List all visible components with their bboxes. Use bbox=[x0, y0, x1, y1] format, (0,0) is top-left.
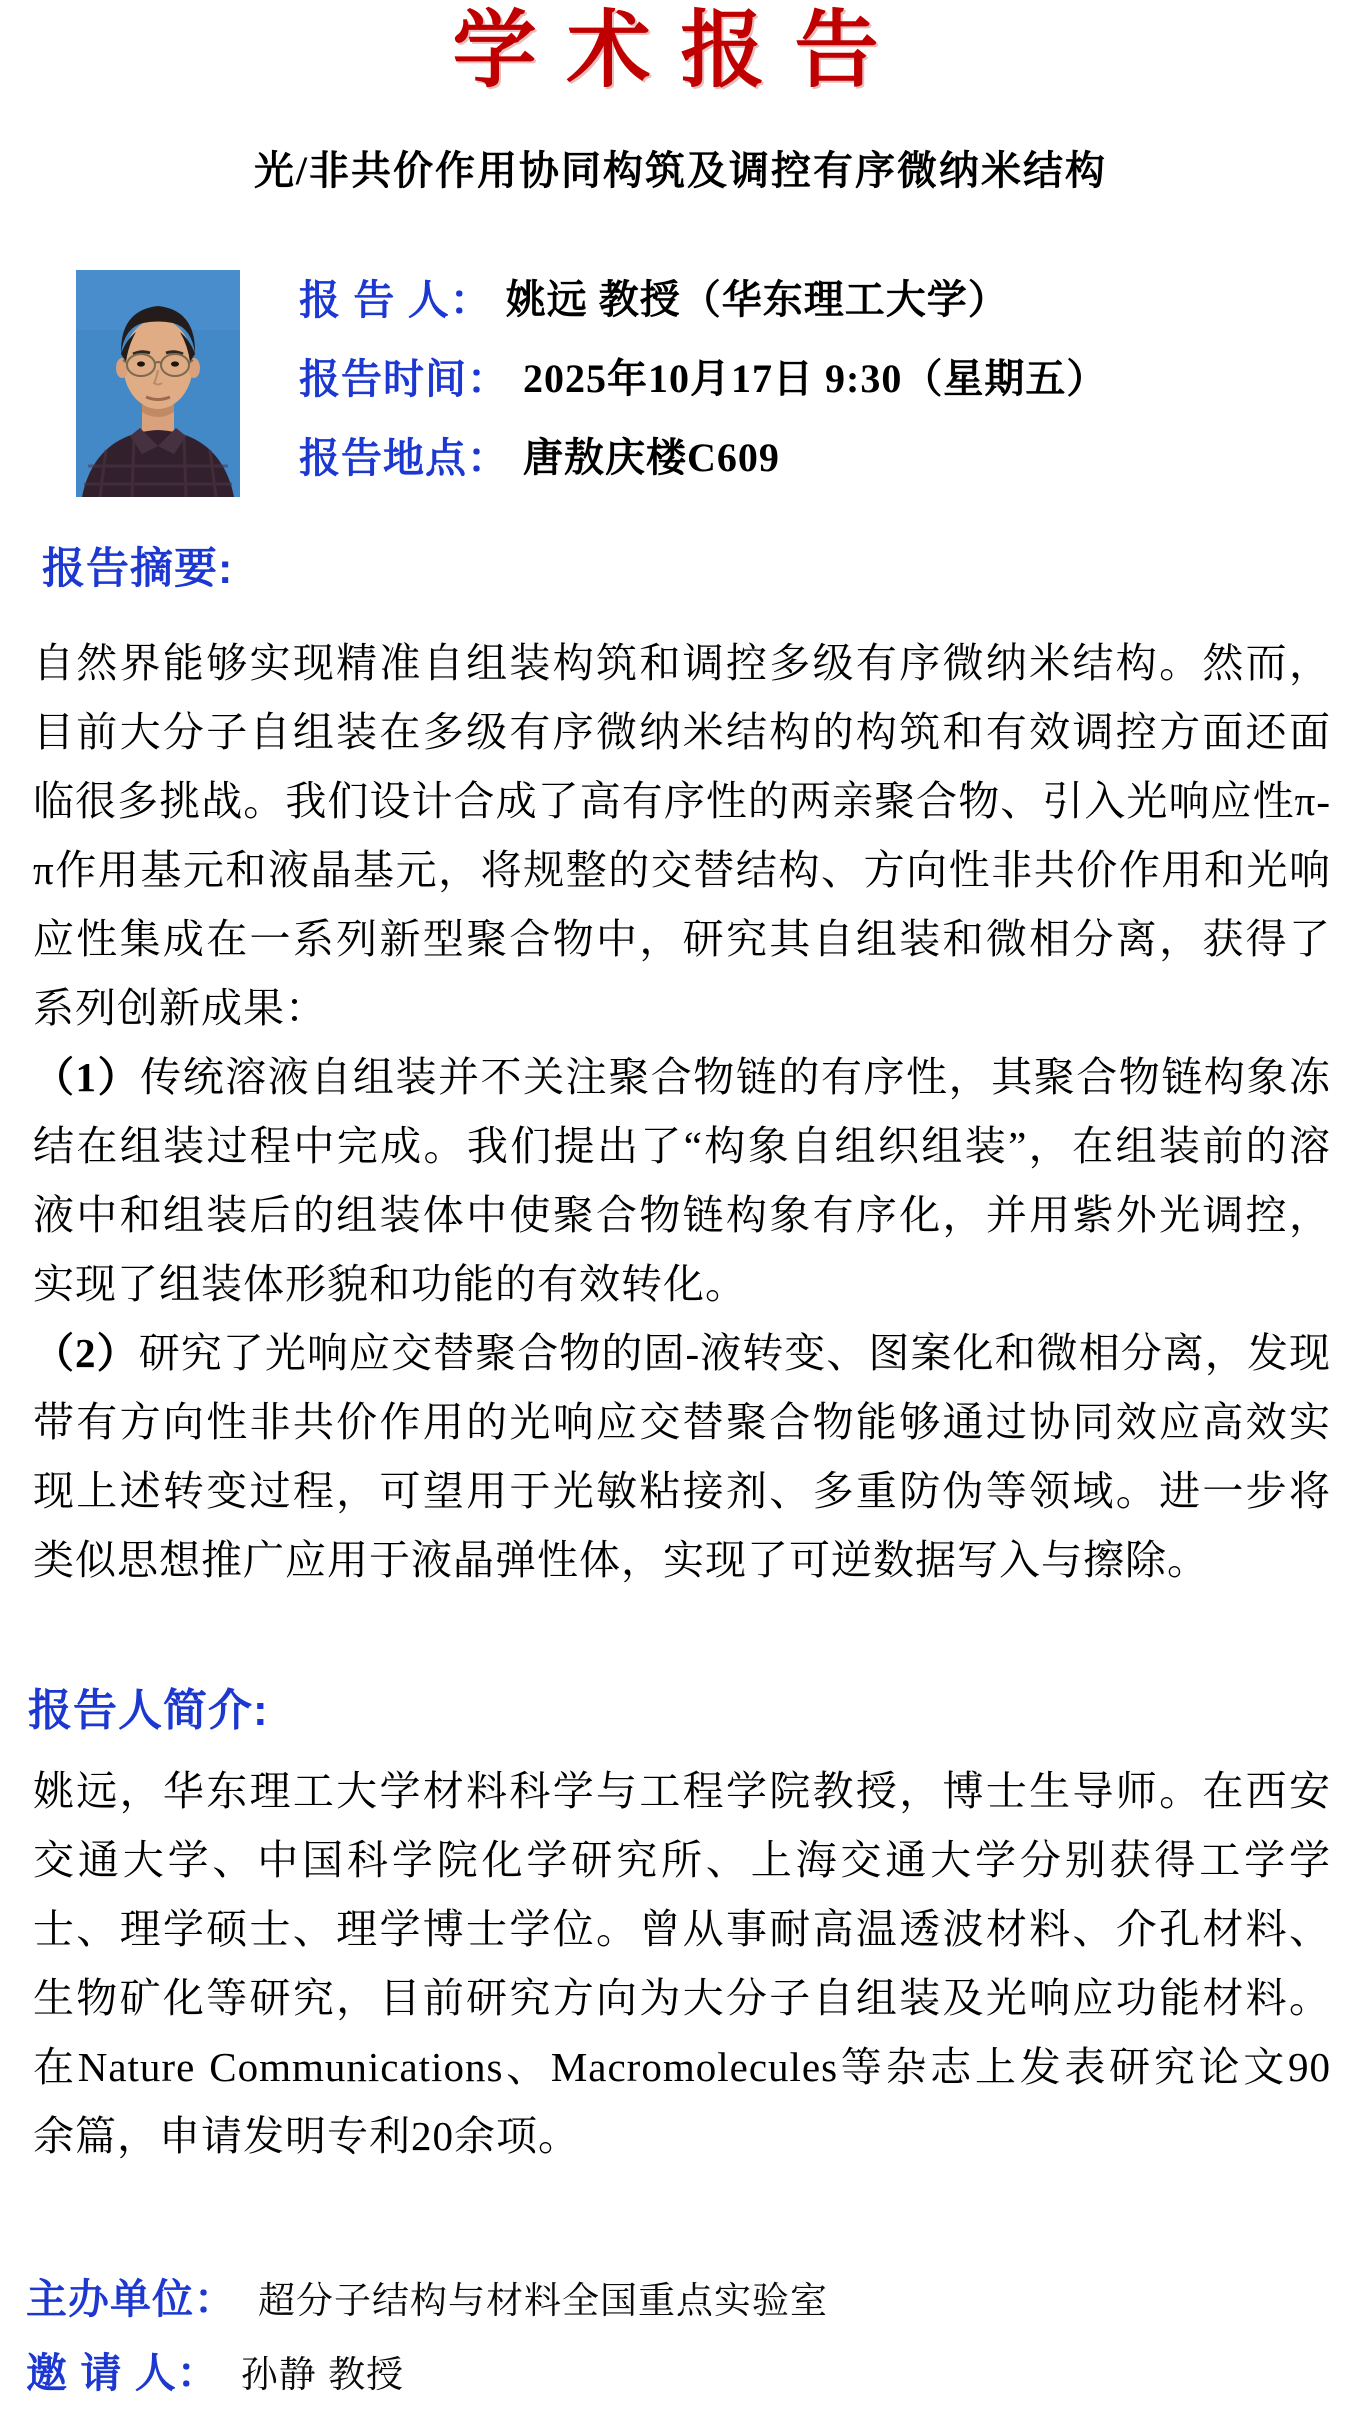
time-value: 2025年10月17日 9:30（星期五） bbox=[523, 347, 1107, 404]
bio-heading: 报告人简介: bbox=[28, 1684, 269, 1737]
abstract-paragraph-3: （2）研究了光响应交替聚合物的固-液转变、图案化和微相分离，发现带有方向性非共价… bbox=[33, 1319, 1331, 1595]
poster-title: 学术报告 bbox=[0, 2, 1361, 102]
inviter-row: 邀 请 人： 孙静 教授 bbox=[26, 2340, 404, 2399]
abstract-paragraph-2: （1）传统溶液自组装并不关注聚合物链的有序性，其聚合物链构象冻结在组装过程中完成… bbox=[33, 1043, 1331, 1319]
bio-paragraph: 姚远，华东理工大学材料科学与工程学院教授，博士生导师。在西安交通大学、中国科学院… bbox=[33, 1757, 1331, 2171]
speaker-info-block: 报 告 人： 姚远 教授（华东理工大学） 报告时间： 2025年10月17日 9… bbox=[299, 257, 1339, 494]
speaker-photo bbox=[76, 270, 240, 497]
abstract-paragraph-1: 自然界能够实现精准自组装构筑和调控多级有序微纳米结构。然而，目前大分子自组装在多… bbox=[33, 629, 1331, 1043]
organizer-row: 主办单位： 超分子结构与材料全国重点实验室 bbox=[26, 2266, 828, 2325]
inviter-value: 孙静 教授 bbox=[241, 2344, 404, 2398]
bio-text: 姚远，华东理工大学材料科学与工程学院教授，博士生导师。在西安交通大学、中国科学院… bbox=[33, 1757, 1331, 2171]
location-row: 报告地点： 唐敖庆楼C609 bbox=[299, 415, 1339, 494]
lecture-topic-title: 光/非共价作用协同构筑及调控有序微纳米结构 bbox=[0, 143, 1361, 199]
lecture-announcement-poster: 学术报告 光/非共价作用协同构筑及调控有序微纳米结构 bbox=[0, 0, 1361, 2419]
speaker-value: 姚远 教授（华东理工大学） bbox=[506, 268, 1009, 325]
time-label: 报告时间： bbox=[299, 346, 509, 405]
speaker-label: 报 告 人： bbox=[299, 267, 492, 326]
inviter-label: 邀 请 人： bbox=[26, 2340, 219, 2399]
abstract-text: 自然界能够实现精准自组装构筑和调控多级有序微纳米结构。然而，目前大分子自组装在多… bbox=[33, 629, 1331, 1595]
location-value: 唐敖庆楼C609 bbox=[523, 426, 780, 483]
organizer-value: 超分子结构与材料全国重点实验室 bbox=[258, 2270, 828, 2324]
location-label: 报告地点： bbox=[299, 425, 509, 484]
abstract-heading: 报告摘要: bbox=[42, 543, 233, 595]
speaker-row: 报 告 人： 姚远 教授（华东理工大学） bbox=[299, 257, 1339, 336]
time-row: 报告时间： 2025年10月17日 9:30（星期五） bbox=[299, 336, 1339, 415]
organizer-label: 主办单位： bbox=[26, 2266, 236, 2325]
